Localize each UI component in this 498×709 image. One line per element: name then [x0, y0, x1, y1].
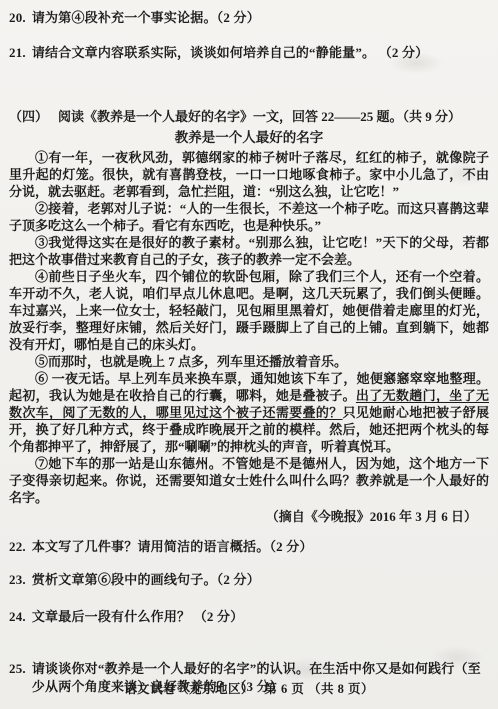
question-21-text: 请结合文章内容联系实际，谈谈如何培养自己的“静能量”。 （2 分） [32, 44, 489, 62]
question-22-number: 22. [9, 538, 26, 556]
passage-paragraph-7: ⑦她下车的那一站是山东德州。不管她是不是德州人，因为她，这个地方一下子变得亲切起… [9, 455, 489, 506]
question-21: 21. 请结合文章内容联系实际，谈谈如何培养自己的“静能量”。 （2 分） [9, 44, 489, 62]
exam-page: 20. 请为第④段补充一个事实论据。（2 分） 21. 请结合文章内容联系实际，… [0, 0, 498, 709]
question-23-number: 23. [9, 571, 26, 589]
passage-paragraph-4: ④前些日子坐火车，四个铺位的软卧包厢，除了我们三个人，还有一个空着。车开动不久，… [9, 268, 489, 353]
passage-paragraph-3: ③我觉得这实在是很好的教子素材。“别那么独，让它吃！”天下的父母，若都把这个故事… [9, 234, 489, 268]
question-22: 22. 本文写了几件事？请用简洁的语言概括。（2 分） [9, 538, 489, 556]
question-22-text: 本文写了几件事？请用简洁的语言概括。（2 分） [32, 538, 489, 556]
question-20: 20. 请为第④段补充一个事实论据。（2 分） [9, 9, 489, 27]
section-four-label: （四） [9, 108, 48, 126]
question-24-text: 文章最后一段有什么作用？ （2 分） [32, 608, 489, 626]
paragraph-text: ①有一年，一夜秋风劲，郭德纲家的柿子树叶子落尽，红红的柿子，就像院子里升起的灯笼… [9, 150, 489, 199]
section-four-intro: 阅读《教养是一个人最好的名字》一文，回答 22——25 题。（共 9 分） [58, 108, 461, 126]
passage-paragraph-6: ⑥ 一夜无话。早上列车员来换车票，通知她该下车了，她便窸窸窣窣地整理。起初，我认… [9, 370, 489, 455]
paragraph-text: ④前些日子坐火车，四个铺位的软卧包厢，除了我们三个人，还有一个空着。车开动不久，… [9, 269, 489, 352]
reading-passage: ①有一年，一夜秋风劲，郭德纲家的柿子树叶子落尽，红红的柿子，就像院子里升起的灯笼… [9, 149, 489, 525]
passage-paragraph-5: ⑤而那时，也就是晚上 7 点多，列车里还播放着音乐。 [9, 353, 489, 370]
passage-source: （摘自《今晚报》2016 年 3 月 6 日） [9, 508, 489, 525]
paragraph-text: ③我觉得这实在是很好的教子素材。“别那么独，让它吃！”天下的父母，若都把这个故事… [9, 235, 489, 267]
page-footer: 语文试卷（龙东地区） 第 6 页 （共 8 页） [0, 679, 498, 697]
question-23: 23. 赏析文章第⑥段中的画线句子。（2 分） [9, 571, 489, 589]
passage-paragraph-2: ②接着，老郭对儿子说：“人的一生很长，不差这一个柿子吃。而这只喜鹊这辈子顶多吃这… [9, 200, 489, 234]
paragraph-text: ⑤而那时，也就是晚上 7 点多，列车里还播放着音乐。 [35, 354, 347, 369]
question-20-text: 请为第④段补充一个事实论据。（2 分） [32, 9, 489, 27]
passage-paragraph-1: ①有一年，一夜秋风劲，郭德纲家的柿子树叶子落尽，红红的柿子，就像院子里升起的灯笼… [9, 149, 489, 200]
question-24-number: 24. [9, 608, 26, 626]
paragraph-text: ②接着，老郭对儿子说：“人的一生很长，不差这一个柿子吃。而这只喜鹊这辈子顶多吃这… [9, 201, 489, 233]
question-23-text: 赏析文章第⑥段中的画线句子。（2 分） [32, 571, 489, 589]
question-21-number: 21. [9, 44, 26, 62]
paragraph-text: ⑦她下车的那一站是山东德州。不管她是不是德州人，因为她，这个地方一下子变得亲切起… [9, 456, 489, 505]
question-24: 24. 文章最后一段有什么作用？ （2 分） [9, 608, 489, 626]
section-four-header: （四） 阅读《教养是一个人最好的名字》一文，回答 22——25 题。（共 9 分… [9, 108, 489, 126]
passage-title: 教养是一个人最好的名字 [9, 129, 489, 146]
question-20-number: 20. [9, 9, 26, 27]
